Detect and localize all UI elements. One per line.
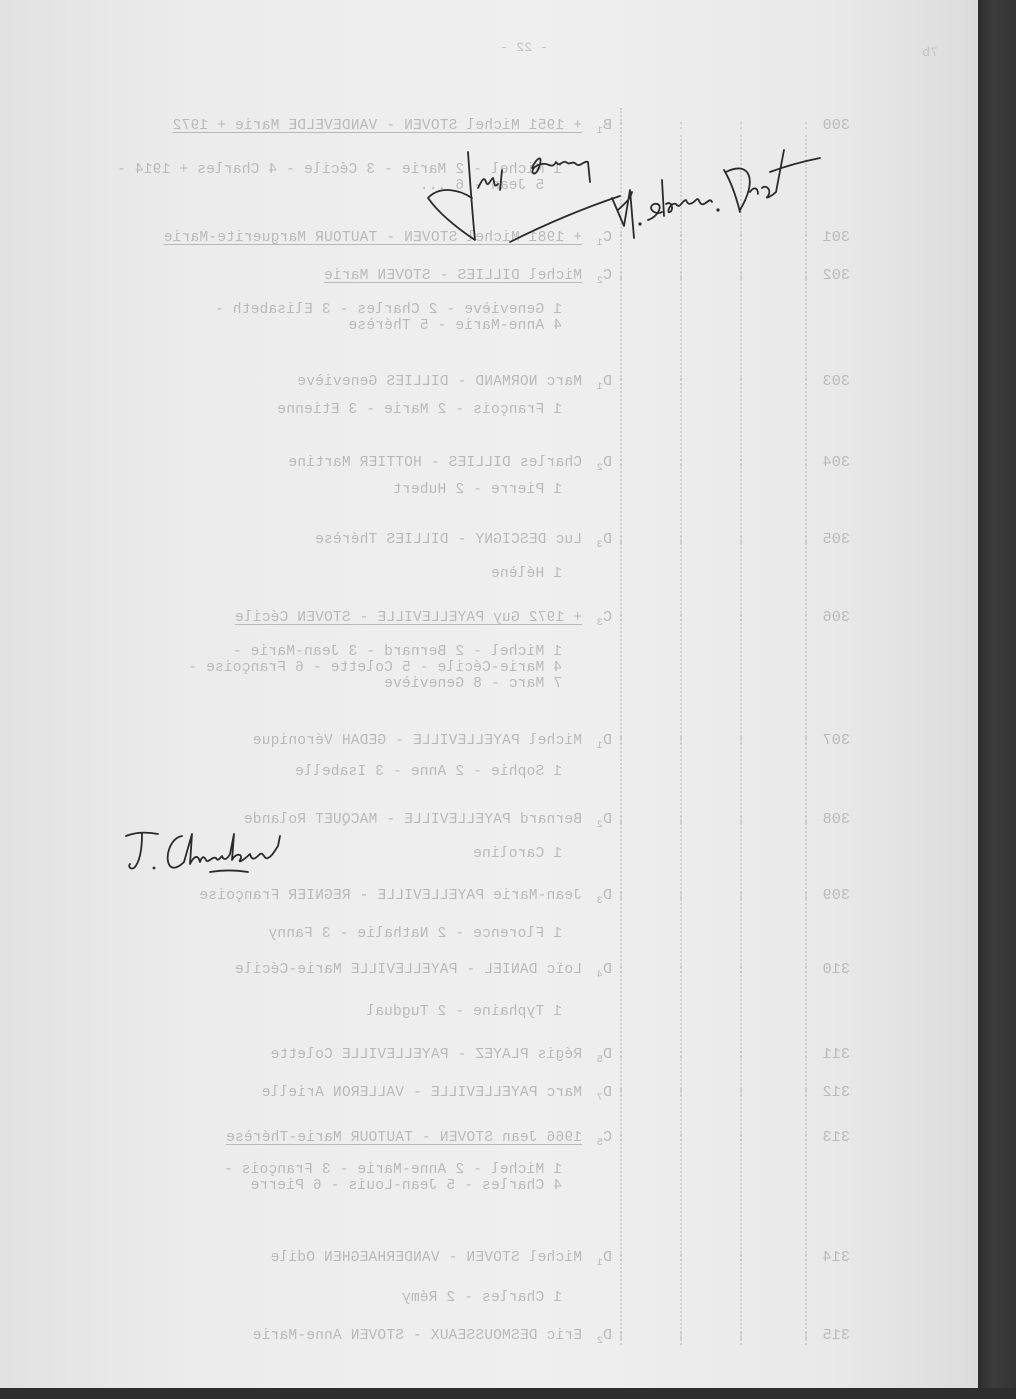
entry-number: 310 <box>806 962 850 978</box>
colon-separator: : <box>677 812 685 828</box>
entry-number: 313 <box>806 1130 850 1146</box>
entry-number: 308 <box>806 812 850 828</box>
colon-separator: : <box>617 1250 625 1266</box>
entry-couple: Michel STOVEN - VANDERHAEGHEN Odile <box>270 1250 582 1266</box>
entry-children: 1 Sophie - 2 Anne - 3 Isabelle <box>295 764 562 780</box>
entry-children: 1 Florence - 2 Nathalie - 3 Fanny <box>268 926 562 942</box>
colon-separator: : <box>677 455 685 471</box>
colon-separator: : <box>737 812 745 828</box>
colon-separator: : <box>737 1085 745 1101</box>
colon-separator: : <box>737 1047 745 1063</box>
colon-separator: : <box>677 1130 685 1146</box>
generation-code: D5 <box>597 1047 612 1069</box>
colon-separator: : <box>617 1130 625 1146</box>
colon-separator: : <box>802 455 810 471</box>
entry-number: 305 <box>806 532 850 548</box>
colon-separator: : <box>802 1130 810 1146</box>
entry-children: 1 Charles - 2 Rémy <box>402 1290 562 1306</box>
entry-couple: Michel DILLIES - STOVEN Marie <box>324 268 582 284</box>
colon-separator: : <box>677 1328 685 1344</box>
generation-code: C3 <box>597 610 612 632</box>
colon-separator: : <box>802 532 810 548</box>
colon-separator: : <box>737 610 745 626</box>
generation-code: D7 <box>597 1085 612 1107</box>
entry-couple: Michel PAYELLEVILLE - GEDAH Véronique <box>253 733 582 749</box>
generation-code: D2 <box>597 455 612 477</box>
colon-separator: : <box>802 1250 810 1266</box>
entry-children: 4 Anne-Marie - 5 Thérèse <box>348 318 562 334</box>
entry-number: 303 <box>806 374 850 390</box>
entry-children: 1 Michel - 2 Anne-Marie - 3 François - <box>224 1162 562 1178</box>
generation-code: D3 <box>597 888 612 910</box>
scan-edge-bottom <box>0 1388 1016 1399</box>
generation-code: D3 <box>597 532 612 554</box>
entry-couple: + 1972 Guy PAYELLEVILLE - STOVEN Cécile <box>235 610 582 626</box>
entry-number: 306 <box>806 610 850 626</box>
scan-edge-right <box>978 0 1016 1399</box>
entry-children: 1 François - 2 Marie - 3 Etienne <box>277 402 562 418</box>
colon-separator: : <box>802 374 810 390</box>
colon-separator: : <box>617 1328 625 1344</box>
corner-mark: 7b <box>922 45 938 61</box>
colon-separator: : <box>617 374 625 390</box>
entry-children: 7 Marc - 8 Geneviève <box>384 676 562 692</box>
colon-separator: : <box>737 374 745 390</box>
generation-code: C5 <box>597 1130 612 1152</box>
colon-separator: : <box>737 268 745 284</box>
signature-1 <box>420 140 620 255</box>
colon-separator: : <box>617 268 625 284</box>
column-divider <box>616 108 622 1345</box>
entry-couple: Charles DILLIES - HOTTIER Martine <box>288 455 582 471</box>
entry-number: 304 <box>806 455 850 471</box>
entry-couple: Régis PLAYEZ - PAYELLEVILLE Colette <box>270 1047 582 1063</box>
colon-separator: : <box>677 610 685 626</box>
colon-separator: : <box>802 1047 810 1063</box>
colon-separator: : <box>677 962 685 978</box>
colon-separator: : <box>737 1250 745 1266</box>
generation-code: D2 <box>597 1328 612 1350</box>
colon-separator: : <box>617 455 625 471</box>
colon-separator: : <box>617 1047 625 1063</box>
colon-separator: : <box>737 455 745 471</box>
colon-separator: : <box>802 733 810 749</box>
colon-separator: : <box>677 532 685 548</box>
entry-couple: + 1951 Michel STOVEN - VANDEVELDE Marie … <box>173 118 582 134</box>
entry-couple: Marc NORMAND - DILLIES Geneviève <box>297 374 582 390</box>
colon-separator: : <box>737 1328 745 1344</box>
entry-number: 309 <box>806 888 850 904</box>
entry-children: 1 Geneviève - 2 Charles - 3 Elisabeth - <box>215 302 562 318</box>
colon-separator: : <box>677 1250 685 1266</box>
colon-separator: : <box>677 374 685 390</box>
signature-2 <box>600 130 830 245</box>
entry-couple: Marc PAYELLEVILLE - VALLERON Arielle <box>262 1085 582 1101</box>
colon-separator: : <box>617 733 625 749</box>
colon-separator: : <box>677 1085 685 1101</box>
generation-code: D1 <box>597 374 612 396</box>
colon-separator: : <box>677 1047 685 1063</box>
colon-separator: : <box>617 962 625 978</box>
colon-separator: : <box>677 268 685 284</box>
entry-number: 302 <box>806 268 850 284</box>
page-number: - 22 - <box>500 40 548 56</box>
entry-number: 311 <box>806 1047 850 1063</box>
colon-separator: : <box>617 1085 625 1101</box>
entry-number: 315 <box>806 1328 850 1344</box>
colon-separator: : <box>802 610 810 626</box>
entry-number: 314 <box>806 1250 850 1266</box>
entry-children: 1 Caroline <box>473 846 562 862</box>
colon-separator: : <box>617 888 625 904</box>
colon-separator: : <box>802 812 810 828</box>
entry-couple: Eric DESMOUSSEAUX - STOVEN Anne-Marie <box>253 1328 582 1344</box>
colon-separator: : <box>737 888 745 904</box>
signature-3 <box>118 822 298 887</box>
entry-children: 1 Hélène <box>491 566 562 582</box>
colon-separator: : <box>617 532 625 548</box>
colon-separator: : <box>737 733 745 749</box>
generation-code: D4 <box>597 962 612 984</box>
colon-separator: : <box>802 1085 810 1101</box>
colon-separator: : <box>737 532 745 548</box>
entry-children: 4 Charles - 5 Jean-Louis - 6 Pierre <box>250 1178 562 1194</box>
entry-children: 4 Marie-Cécile - 5 Colette - 6 Françoise… <box>188 660 562 676</box>
colon-separator: : <box>617 610 625 626</box>
colon-separator: : <box>802 888 810 904</box>
colon-separator: : <box>677 733 685 749</box>
entry-children: 1 Michel - 2 Bernard - 3 Jean-Marie - <box>233 644 562 660</box>
entry-couple: Loïc DANIEL - PAYELLEVILLE Marie-Cécile <box>235 962 582 978</box>
generation-code: D1 <box>597 733 612 755</box>
entry-couple: Luc DESCIGNY - DILLIES Thérèse <box>315 532 582 548</box>
entry-couple: 1966 Jean STOVEN - TAUTOUR Marie-Thérèse <box>226 1130 582 1146</box>
entry-couple: Jean-Marie PAYELLEVILLE - REGNIER Franço… <box>199 888 582 904</box>
entry-children: 1 Typhaine - 2 Tugdual <box>366 1004 562 1020</box>
colon-separator: : <box>677 888 685 904</box>
entry-number: 307 <box>806 733 850 749</box>
generation-code: C2 <box>597 268 612 290</box>
generation-code: D1 <box>597 1250 612 1272</box>
colon-separator: : <box>802 268 810 284</box>
colon-separator: : <box>737 1130 745 1146</box>
entry-children: 1 Pierre - 2 Hubert <box>393 482 562 498</box>
entry-number: 312 <box>806 1085 850 1101</box>
colon-separator: : <box>802 962 810 978</box>
generation-code: D2 <box>597 812 612 834</box>
colon-separator: : <box>802 1328 810 1344</box>
colon-separator: : <box>737 962 745 978</box>
colon-separator: : <box>617 812 625 828</box>
